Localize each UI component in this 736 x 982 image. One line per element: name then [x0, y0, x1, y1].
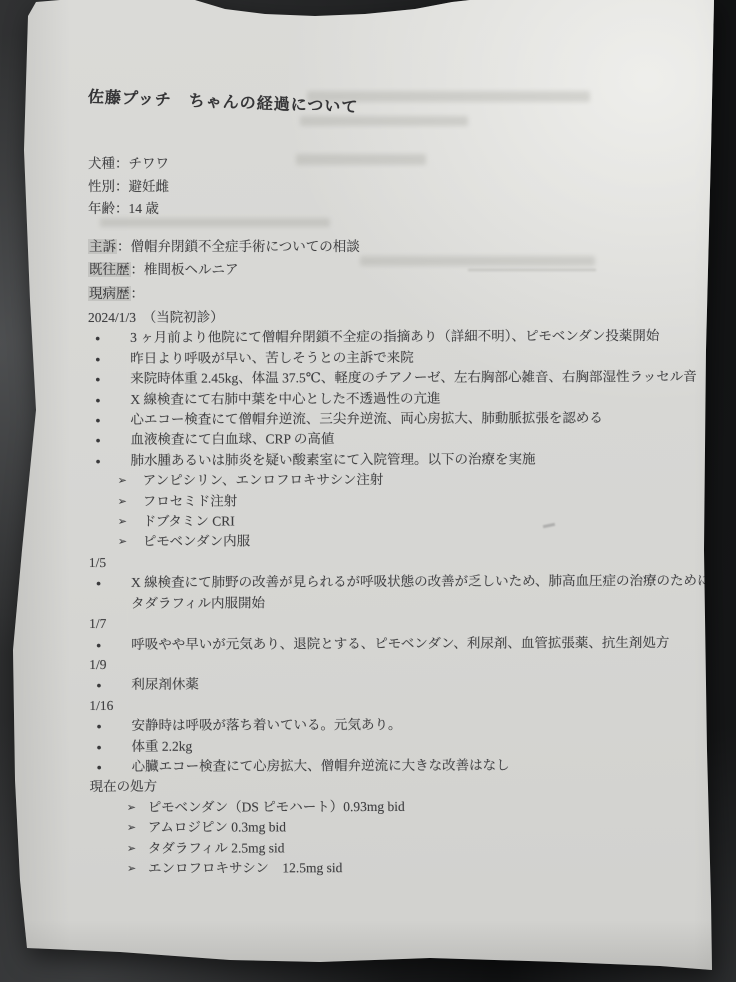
line-text: 体重 2.2kg: [132, 738, 193, 753]
treatment-item: ➢アンピシリン、エンロフロキサシン注射: [89, 469, 712, 492]
arrow-marker-icon: ➢: [118, 512, 127, 532]
document-content: 佐藤プッチ ちゃんの経過について 犬種：チワワ 性別：避妊雌 年齢：14 歳 主…: [88, 84, 711, 879]
photo-background: 佐藤プッチ ちゃんの経過について 犬種：チワワ 性別：避妊雌 年齢：14 歳 主…: [0, 0, 736, 982]
prescription-item: ➢ピモベンダン（DS ピモハート）0.93mg bid: [90, 796, 713, 819]
line-text: 1/16: [89, 698, 113, 713]
line-text: タダラフィル 2.5mg sid: [148, 840, 285, 855]
arrow-marker-icon: ➢: [118, 471, 127, 491]
treatment-item: ➢ドブタミン CRI: [89, 510, 712, 533]
patient-breed: 犬種：チワワ: [88, 153, 711, 176]
prescription-item: ➢エンロフロキサシン 12.5mg sid: [90, 857, 713, 880]
line-text: 利尿剤休薬: [131, 677, 199, 692]
line-text: 心臓エコー検査にて心房拡大、僧帽弁逆流に大きな改善はなし: [132, 757, 510, 773]
document-title: 佐藤プッチ ちゃんの経過について: [88, 84, 711, 131]
history-sections: 主訴：僧帽弁閉鎖不全症手術についての相談 既往歴：椎間板ヘルニア 現病歴：: [88, 235, 711, 306]
timeline-date: 2024/1/3 （当院初診）: [88, 306, 711, 329]
line-text: エンロフロキサシン 12.5mg sid: [148, 860, 342, 876]
section-label: 現病歴: [88, 286, 131, 301]
section-value: ：椎間板ヘルニア: [131, 262, 239, 277]
section-value: ：: [131, 286, 145, 301]
patient-age: 年齢：14 歳: [88, 198, 711, 221]
paper-sheet: 佐藤プッチ ちゃんの経過について 犬種：チワワ 性別：避妊雌 年齢：14 歳 主…: [0, 0, 736, 982]
bullet-marker-icon: ●: [96, 573, 101, 593]
bullet-marker-icon: ●: [96, 736, 101, 756]
timeline-bullet: ●X 線検査にて肺野の改善が見られるが呼吸状態の改善が乏しいため、肺高血圧症の治…: [89, 571, 712, 614]
line-text: 現在の処方: [90, 779, 158, 794]
arrow-marker-icon: ➢: [118, 492, 127, 512]
line-text: 肺水腫あるいは肺炎を疑い酸素室にて入院管理。以下の治療を実施: [131, 451, 536, 467]
line-text: ピモベンダン（DS ピモハート）0.93mg bid: [148, 799, 405, 815]
line-text: 昨日より呼吸が早い、苦しそうとの主訴で来院: [130, 350, 414, 366]
arrow-marker-icon: ➢: [127, 838, 136, 858]
timeline-date: 1/5: [89, 551, 712, 574]
paper-shadow: 佐藤プッチ ちゃんの経過について 犬種：チワワ 性別：避妊雌 年齢：14 歳 主…: [0, 0, 736, 982]
line-text: 1/7: [89, 616, 106, 631]
arrow-marker-icon: ➢: [127, 859, 136, 879]
patient-sex: 性別：避妊雌: [88, 176, 711, 199]
line-text: フロセミド注射: [143, 493, 238, 508]
bullet-marker-icon: ●: [95, 349, 100, 369]
arrow-marker-icon: ➢: [118, 532, 127, 552]
line-text: 心エコー検査にて僧帽弁逆流、三尖弁逆流、両心房拡大、肺動脈拡張を認める: [130, 410, 603, 427]
arrow-marker-icon: ➢: [127, 818, 136, 838]
timeline-date: 1/16: [89, 694, 712, 717]
timeline-bullet: ●心臓エコー検査にて心房拡大、僧帽弁逆流に大きな改善はなし: [90, 755, 713, 778]
treatment-item: ➢ピモベンダン内服: [89, 530, 712, 553]
past-history-line: 既往歴：椎間板ヘルニア: [88, 258, 711, 282]
line-text: 2024/1/3 （当院初診）: [88, 310, 224, 325]
bullet-marker-icon: ●: [96, 634, 101, 654]
line-text: ドブタミン CRI: [143, 514, 235, 529]
bullet-marker-icon: ●: [95, 430, 100, 450]
bullet-marker-icon: ●: [95, 451, 100, 471]
prescription-item: ➢タダラフィル 2.5mg sid: [90, 836, 713, 859]
line-text: アンピシリン、エンロフロキサシン注射: [143, 472, 384, 488]
line-text: X 線検査にて肺野の改善が見られるが呼吸状態の改善が乏しいため、肺高血圧症の治療…: [131, 573, 711, 610]
section-label: 主訴: [88, 239, 117, 254]
timeline-date: 1/7: [89, 612, 712, 635]
bullet-marker-icon: ●: [97, 757, 102, 777]
patient-info: 犬種：チワワ 性別：避妊雌 年齢：14 歳: [88, 153, 711, 221]
line-text: アムロジピン 0.3mg bid: [148, 819, 286, 834]
line-text: 1/9: [89, 657, 106, 672]
line-text: 3 ヶ月前より他院にて僧帽弁閉鎖不全症の指摘あり（詳細不明）、ピモベンダン投薬開…: [130, 328, 659, 345]
timeline-bullet: ●血液検査にて白血球、CRP の高値: [88, 428, 711, 451]
timeline-bullet: ●安静時は呼吸が落ち着いている。元気あり。: [89, 714, 712, 737]
timeline-bullet: ●利尿剤休薬: [89, 673, 712, 696]
bullet-marker-icon: ●: [96, 675, 101, 695]
timeline-heading: 現在の処方: [90, 775, 713, 798]
timeline-bullet: ●3 ヶ月前より他院にて僧帽弁閉鎖不全症の指摘あり（詳細不明）、ピモベンダン投薬…: [88, 326, 711, 349]
bullet-marker-icon: ●: [95, 328, 100, 348]
line-text: 安静時は呼吸が落ち着いている。元気あり。: [131, 717, 401, 733]
timeline-bullet: ●呼吸やや早いが元気あり、退院とする、ピモベンダン、利尿剤、血管拡張薬、抗生剤処…: [89, 632, 712, 655]
section-label: 既往歴: [88, 262, 131, 277]
section-value: ：僧帽弁閉鎖不全症手術についての相談: [117, 239, 360, 254]
timeline-bullet: ●体重 2.2kg: [89, 734, 712, 757]
chief-complaint-line: 主訴：僧帽弁閉鎖不全症手術についての相談: [88, 235, 711, 259]
timeline-bullet: ●来院時体重 2.45kg、体温 37.5℃、軽度のチアノーゼ、左右胸部心雑音、…: [88, 367, 711, 390]
treatment-item: ➢フロセミド注射: [89, 489, 712, 512]
line-text: 血液検査にて白血球、CRP の高値: [130, 432, 334, 448]
line-text: X 線検査にて右肺中葉を中心とした不透過性の亢進: [130, 390, 440, 406]
bullet-marker-icon: ●: [96, 716, 101, 736]
timeline-bullet: ●昨日より呼吸が早い、苦しそうとの主訴で来院: [88, 347, 711, 370]
present-illness-line: 現病歴：: [88, 282, 711, 306]
timeline-bullet: ●心エコー検査にて僧帽弁逆流、三尖弁逆流、両心房拡大、肺動脈拡張を認める: [88, 408, 711, 431]
bullet-marker-icon: ●: [95, 390, 100, 410]
line-text: 来院時体重 2.45kg、体温 37.5℃、軽度のチアノーゼ、左右胸部心雑音、右…: [130, 369, 697, 386]
timeline-bullet: ●肺水腫あるいは肺炎を疑い酸素室にて入院管理。以下の治療を実施: [88, 449, 711, 472]
timeline-bullet: ●X 線検査にて右肺中葉を中心とした不透過性の亢進: [88, 387, 711, 410]
line-text: 1/5: [89, 555, 106, 570]
line-text: ピモベンダン内服: [143, 534, 250, 549]
line-text: 呼吸やや早いが元気あり、退院とする、ピモベンダン、利尿剤、血管拡張薬、抗生剤処方: [131, 634, 669, 651]
bullet-marker-icon: ●: [95, 410, 100, 430]
arrow-marker-icon: ➢: [127, 798, 136, 818]
timeline: 2024/1/3 （当院初診）●3 ヶ月前より他院にて僧帽弁閉鎖不全症の指摘あり…: [88, 306, 713, 880]
bullet-marker-icon: ●: [95, 369, 100, 389]
timeline-date: 1/9: [89, 653, 712, 676]
prescription-item: ➢アムロジピン 0.3mg bid: [90, 816, 713, 839]
